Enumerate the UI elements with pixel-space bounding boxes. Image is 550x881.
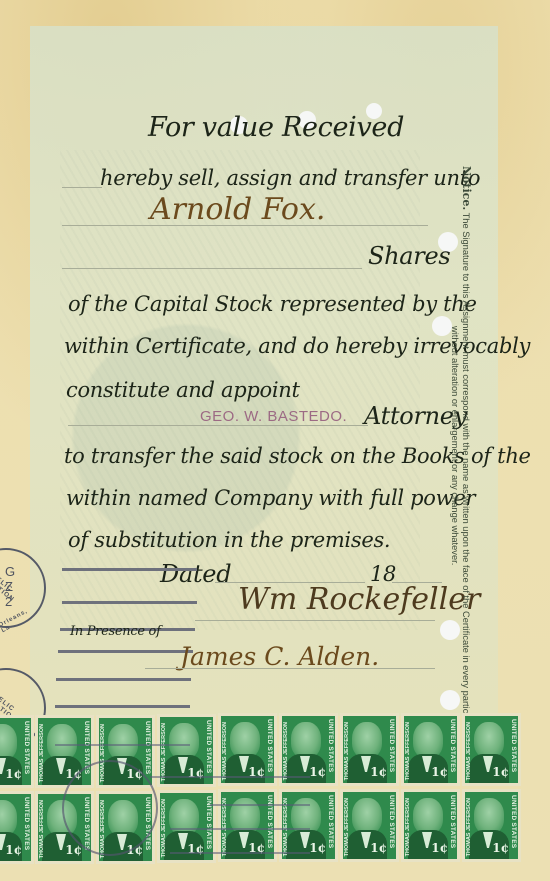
postage-stamp: UNITED STATESTHOMAS JEFFERSON1¢	[0, 794, 31, 861]
cancel-bar	[62, 568, 197, 571]
postage-stamp: UNITED STATESTHOMAS JEFFERSON1¢	[404, 716, 457, 783]
postage-stamp: UNITED STATESTHOMAS JEFFERSON1¢	[465, 792, 518, 859]
postage-stamp: UNITED STATESTHOMAS JEFFERSON1¢	[404, 792, 457, 859]
witness-signature: James C. Alden.	[180, 642, 379, 671]
postage-stamp: UNITED STATESTHOMAS JEFFERSON1¢	[343, 716, 396, 783]
postage-stamp: UNITED STATESTHOMAS JEFFERSON1¢	[465, 716, 518, 783]
postage-stamp-block: UNITED STATESTHOMAS JEFFERSON1¢ UNITED S…	[0, 716, 550, 876]
notice-text: Notice. The Signature to this Assignment…	[449, 166, 472, 696]
cancel-bar	[55, 705, 190, 708]
cancel-bar	[58, 650, 193, 653]
shares-label: Shares	[368, 242, 450, 270]
stamp-cancellation-ring	[62, 760, 158, 856]
principal-signature: Wm Rockefeller	[238, 582, 480, 617]
stamp-cancellation-line	[170, 828, 310, 830]
notice-line-2: without alteration or enlargement or any…	[449, 166, 460, 696]
cancel-bar	[56, 678, 191, 681]
assign-line-rule	[62, 187, 102, 188]
stamp-cancellation-line	[210, 804, 310, 806]
postage-stamp: UNITED STATESTHOMAS JEFFERSON1¢	[221, 716, 274, 783]
shares-rule	[62, 268, 362, 269]
dated-label: Dated	[160, 560, 231, 588]
postage-stamp: UNITED STATESTHOMAS JEFFERSON1¢	[160, 793, 213, 860]
line-constitute: constitute and appoint	[66, 378, 300, 402]
heading-for-value-received: For value Received	[148, 112, 404, 143]
attorney-rule	[68, 425, 368, 426]
line-substitution: of substitution in the premises.	[68, 528, 390, 552]
notice-lead: Notice.	[460, 166, 473, 210]
assignee-handwritten: Arnold Fox.	[150, 192, 325, 227]
postage-stamp: UNITED STATESTHOMAS JEFFERSON1¢	[282, 716, 335, 783]
postage-stamp: UNITED STATESTHOMAS JEFFERSON1¢	[0, 718, 31, 785]
attorney-rubber-stamp: GEO. W. BASTEDO.	[200, 408, 347, 425]
assignee-rule	[62, 225, 428, 226]
postage-stamp: UNITED STATESTHOMAS JEFFERSON1¢	[343, 792, 396, 859]
line-capital-stock: of the Capital Stock represented by the	[68, 292, 477, 316]
notice-line-1: The Signature to this Assignment must co…	[461, 213, 471, 729]
postage-stamp: UNITED STATESTHOMAS JEFFERSON1¢	[282, 792, 335, 859]
stamp-cancellation-line	[55, 744, 190, 746]
postage-stamp: UNITED STATESTHOMAS JEFFERSON1¢	[221, 792, 274, 859]
in-presence-label: In Presence of	[70, 624, 161, 639]
signature-rule	[195, 620, 435, 621]
postmark-center-1: G	[5, 564, 15, 579]
postmark-center-2: Z	[5, 579, 13, 594]
witness-rule	[145, 668, 435, 669]
stamp-cancellation-line	[150, 776, 310, 778]
line-company: within named Company with full power	[66, 486, 475, 510]
cancel-bar	[62, 601, 197, 604]
line-assign: hereby sell, assign and transfer unto	[100, 166, 480, 190]
stamp-cancellation-line	[170, 852, 310, 854]
postage-stamp: UNITED STATESTHOMAS JEFFERSON1¢	[160, 717, 213, 784]
postmark-center-3: 2	[5, 594, 12, 609]
